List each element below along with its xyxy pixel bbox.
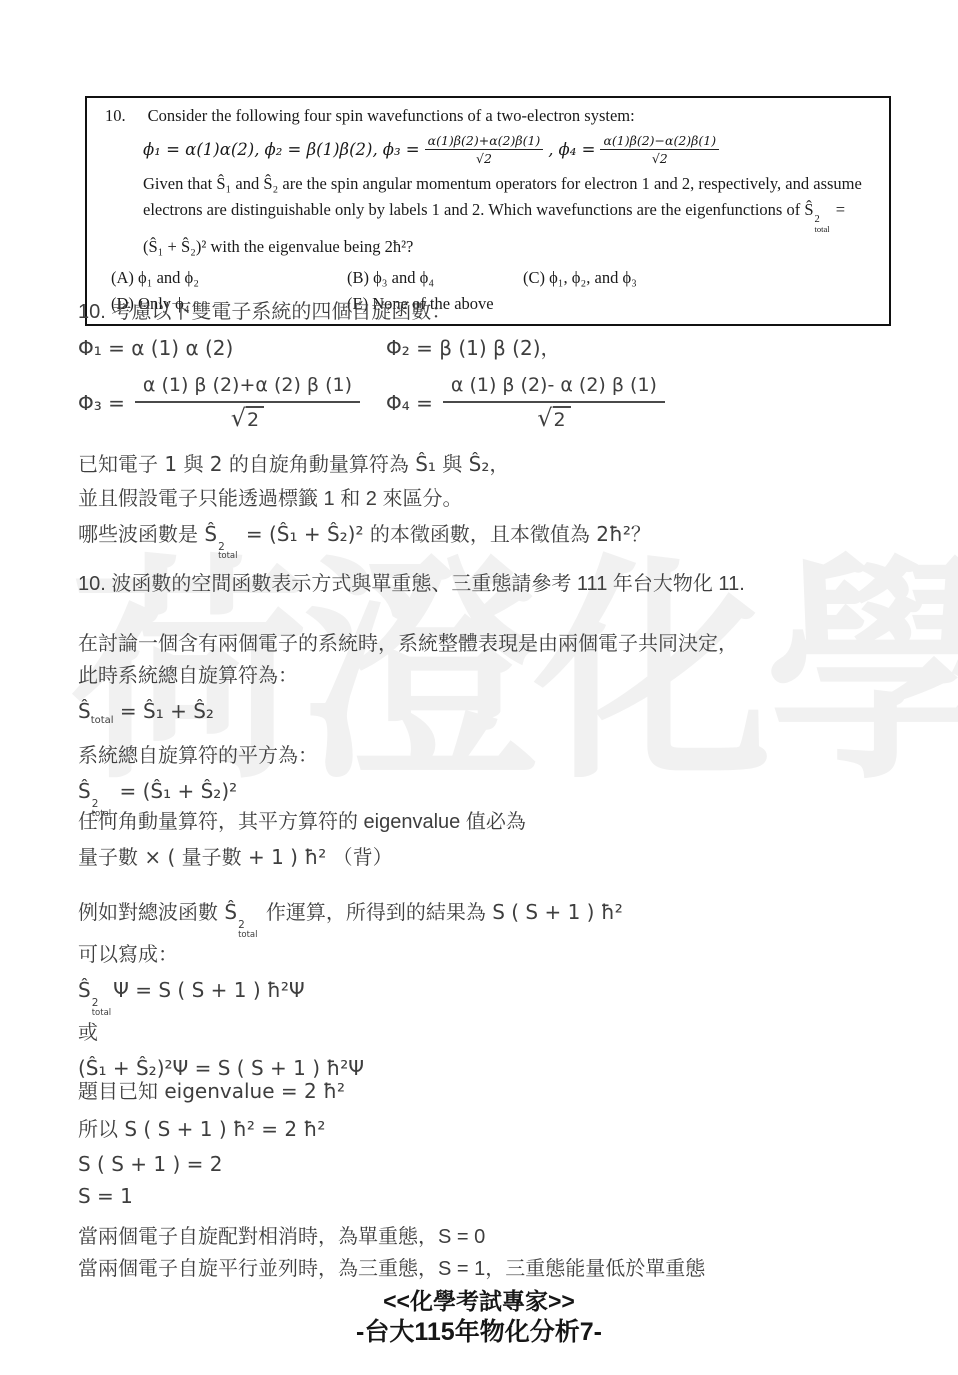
cn-reference-note: 10. 波函數的空間函數表示方式與單重態、三重態請參考 111 年台大物化 11… (78, 568, 928, 600)
cn-p3b: 量子數 × ( 量子數 + 1 ) ħ² （背） (78, 838, 928, 876)
question-line2: electrons are distinguishable only by la… (143, 197, 879, 234)
question-line3: (Ŝ₁ + Ŝ₂)² with the eigenvalue being 2ħ²… (143, 234, 879, 260)
cn-p5: 可以寫成： (78, 939, 928, 971)
question-number: 10. (99, 106, 126, 126)
cn-eigenvalue-rule-section: 任何角動量算符，其平方算符的 eigenvalue 值必為 量子數 × ( 量子… (78, 806, 928, 876)
option-b: (B) ϕ₃ and ϕ₄ (347, 268, 523, 288)
cn-h1: 當兩個電子自旋配對相消時，為單重態，S = 0 (78, 1221, 928, 1253)
phi3-fraction: α(1)β(2)+α(2)β(1) √2 (425, 133, 544, 166)
cn-phi1: Φ₁ = α (1) α (2) (78, 332, 386, 364)
phi3-lhs: ϕ₃ = (383, 140, 420, 159)
cn-g1: 題目已知 eigenvalue = 2 ħ² (78, 1072, 928, 1110)
cn-solve-section: 題目已知 eigenvalue = 2 ħ² 所以 S ( S + 1 ) ħ²… (78, 1072, 928, 1212)
s2total-supsub: 2total (238, 920, 257, 939)
cn-p1a: 在討論一個含有兩個電子的系統時，系統整體表現是由兩個電子共同決定， (78, 628, 928, 660)
question-intro-row: 10. Consider the following four spin wav… (99, 106, 879, 126)
page-footer: <<化學考試專家>> -台大115年物化分析7- (0, 1286, 958, 1348)
cn-phi3: Φ₃ = α (1) β (2)+α (2) β (1) √2 (78, 374, 386, 433)
cn-p4: 例如對總波函數 Ŝ2total 作運算，所得到的結果為 S ( S + 1 ) … (78, 893, 928, 939)
cn-reference-section: 10. 波函數的空間函數表示方式與單重態、三重態請參考 111 年台大物化 11… (78, 568, 928, 600)
question-intro-text: Consider the following four spin wavefun… (148, 106, 635, 126)
phi4-fraction: α(1)β(2)−α(2)β(1) √2 (600, 133, 719, 166)
cn-g4: S = 1 (78, 1180, 928, 1212)
stotal-formula: Ŝtotal = Ŝ₁ + Ŝ₂ (78, 692, 928, 740)
s-hat: Ŝ (204, 522, 217, 546)
total-subscript: total (91, 715, 114, 726)
cn-p3a: 任何角動量算符，其平方算符的 eigenvalue 值必為 (78, 806, 928, 838)
s2total-psi-formula: Ŝ2totalΨ = S ( S + 1 ) ħ²Ψ (78, 971, 928, 1017)
option-a: (A) ϕ₁ and ϕ₂ (111, 268, 347, 288)
cn-phi3-fraction: α (1) β (2)+α (2) β (1) √2 (135, 374, 360, 433)
cn-phi34-row: Φ₃ = α (1) β (2)+α (2) β (1) √2 Φ₄ = α (… (78, 374, 928, 433)
cn-phi12-row: Φ₁ = α (1) α (2) Φ₂ = β (1) β (2)， (78, 332, 928, 364)
document-page: 荷澄化學 10. Consider the following four spi… (0, 0, 958, 1375)
footer-brand: <<化學考試專家>> (0, 1286, 958, 1316)
cn-assume-line: 並且假設電子只能透過標籤 1 和 2 來區分。 (78, 483, 928, 515)
cn-p1b: 此時系統總自旋算符為： (78, 660, 928, 692)
cn-which-line: 哪些波函數是 Ŝ2total = (Ŝ₁ + Ŝ₂)² 的本徵函數，且本徵值為 … (78, 515, 928, 561)
question-body: Given that Ŝ₁ and Ŝ₂ are the spin angula… (99, 171, 879, 260)
phi2-definition: ϕ₂ = β(1)β(2), (264, 140, 377, 159)
wavefunction-definitions: ϕ₁ = α(1)α(2), ϕ₂ = β(1)β(2), ϕ₃ = α(1)β… (99, 133, 879, 166)
cn-question-title: 10. 考慮以下雙電子系統的四個自旋函數： (78, 296, 928, 328)
question-box: 10. Consider the following four spin wav… (85, 96, 891, 326)
s2total-supsub: 2total (815, 215, 830, 234)
cn-conclusion-section: 當兩個電子自旋配對相消時，為單重態，S = 0 當兩個電子自旋平行並列時，為三重… (78, 1221, 928, 1285)
s-hat: Ŝ (224, 900, 237, 924)
sqrt-icon: √ (231, 406, 246, 430)
cn-or: 或 (78, 1017, 928, 1049)
cn-phi4-fraction: α (1) β (2)- α (2) β (1) √2 (443, 374, 665, 433)
s-hat: Ŝ (78, 779, 91, 803)
phi1-definition: ϕ₁ = α(1)α(2), (143, 140, 259, 159)
cn-phi2: Φ₂ = β (1) β (2)， (386, 332, 561, 364)
cn-known-line: 已知電子 1 與 2 的自旋角動量算符為 Ŝ₁ 與 Ŝ₂， (78, 445, 928, 483)
cn-h2: 當兩個電子自旋平行並列時，為三重態，S = 1，三重態能量低於單重態 (78, 1253, 928, 1285)
s2total-supsub: 2total (218, 542, 237, 561)
s-hat: Ŝ (78, 978, 91, 1002)
s-hat: Ŝ (804, 200, 813, 219)
cn-question-section: 10. 考慮以下雙電子系統的四個自旋函數： Φ₁ = α (1) α (2) Φ… (78, 296, 928, 561)
question-line1: Given that Ŝ₁ and Ŝ₂ are the spin angula… (143, 171, 879, 197)
cn-operator-section: 在討論一個含有兩個電子的系統時，系統整體表現是由兩個電子共同決定， 此時系統總自… (78, 628, 928, 818)
s-hat: Ŝ (78, 699, 91, 723)
phi4-lhs: ϕ₄ = (559, 140, 596, 159)
s2total-supsub: 2total (92, 998, 111, 1017)
cn-g2: 所以 S ( S + 1 ) ħ² = 2 ħ² (78, 1110, 928, 1148)
formula-comma: , (548, 140, 553, 159)
cn-g3: S ( S + 1 ) = 2 (78, 1148, 928, 1180)
cn-phi4: Φ₄ = α (1) β (2)- α (2) β (1) √2 (386, 374, 665, 433)
option-c: (C) ϕ₁, ϕ₂, and ϕ₃ (523, 268, 879, 288)
footer-source: -台大115年物化分析7- (0, 1316, 958, 1348)
cn-operation-section: 例如對總波函數 Ŝ2total 作運算，所得到的結果為 S ( S + 1 ) … (78, 893, 928, 1087)
sqrt-icon: √ (537, 406, 552, 430)
cn-p2: 系統總自旋算符的平方為： (78, 740, 928, 772)
